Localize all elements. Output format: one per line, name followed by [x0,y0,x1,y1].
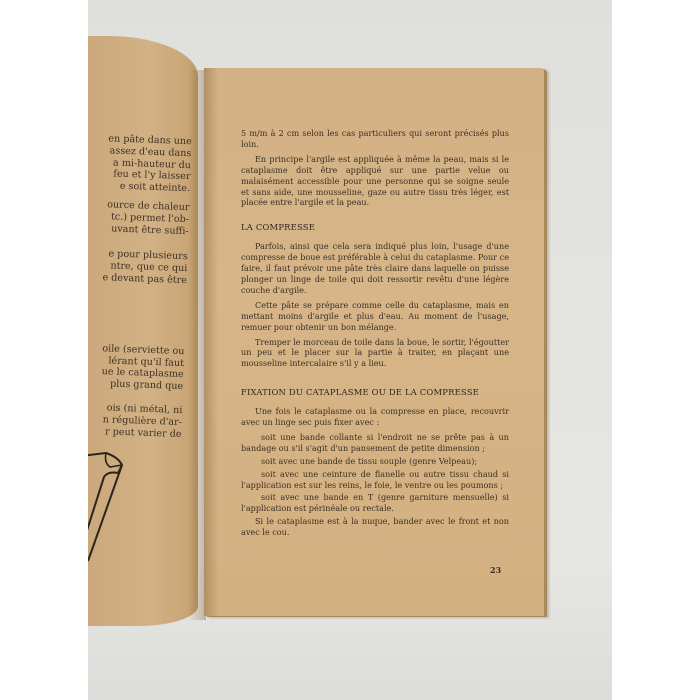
left-text-block-4: oile (serviette ou lérant qu'il faut ue … [88,342,185,393]
section-heading-fixation: FIXATION DU CATAPLASME OU DE LA COMPRESS… [241,387,509,398]
left-text-block-2: ource de chaleur tc.) permet l'ob- uvant… [88,198,190,238]
paragraph: Une fois le cataplasme ou la compresse e… [241,406,509,428]
page-number: 23 [490,565,501,575]
left-text-block-1: en pâte dans une assez d'eau dans a mi-h… [88,132,192,195]
paragraph: Cette pâte se prépare comme celle du cat… [241,300,509,333]
right-page: 5 m/m à 2 cm selon les cas particuliers … [204,68,544,616]
left-text-block-5: ois (ni métal, ni n régulière d'ar- r pe… [88,401,183,441]
list-item: soit avec une bande en T (genre garnitur… [241,492,509,514]
paragraph: En principe l'argile est appliquée à mêm… [241,154,509,209]
section-heading-compresse: LA COMPRESSE [241,222,509,233]
list-item: soit avec une ceinture de flanelle ou au… [241,469,509,491]
list-item: soit une bande collante si l'endroit ne … [241,432,509,454]
folded-cloth-drawing-icon [88,451,138,581]
left-text-block-3: e pour plusieurs ntre, que ce qui e deva… [88,247,188,287]
list-item: soit avec une bande de tissu souple (gen… [241,456,509,467]
paragraph: Tremper le morceau de toile dans la boue… [241,337,509,370]
paragraph: 5 m/m à 2 cm selon les cas particuliers … [241,128,509,150]
paragraph: Parfois, ainsi que cela sera indiqué plu… [241,241,509,296]
paragraph: Si le cataplasme est à la nuque, bander … [241,516,509,538]
left-page-text: en pâte dans une assez d'eau dans a mi-h… [88,132,192,447]
left-page: en pâte dans une assez d'eau dans a mi-h… [88,36,198,626]
page-body: 5 m/m à 2 cm selon les cas particuliers … [241,128,509,542]
book-photo: en pâte dans une assez d'eau dans a mi-h… [88,0,612,700]
